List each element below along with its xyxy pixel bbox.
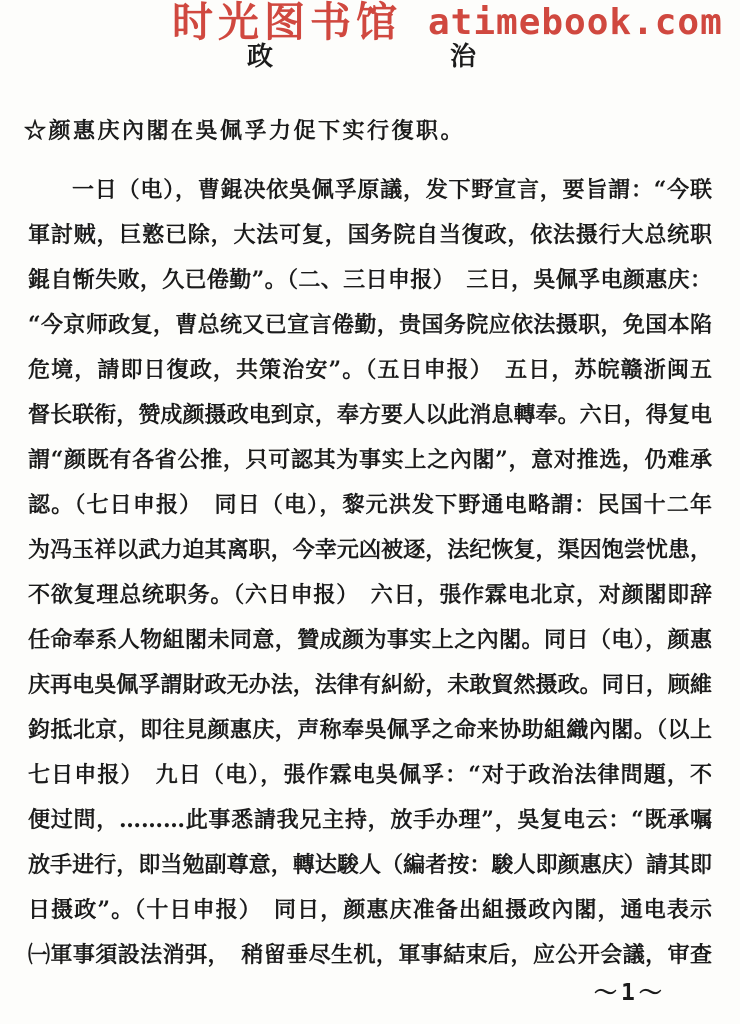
text-line: 七日申报） 九日（电），張作霖电吳佩孚：“对于政治法律問題，不: [28, 753, 712, 798]
text-line: ㈠軍事須設法消弭， 稍留垂尽生机，軍事結束后，应公开会議，审查: [28, 933, 712, 978]
chapter-title: 政治: [247, 42, 653, 73]
text-line: 錕自惭失败，久已倦勤”。（二、三日申报） 三日，吳佩孚电颜惠庆：: [28, 258, 712, 303]
site-watermark: 时光图书馆 atimebook.com: [172, 2, 723, 43]
text-line: 鈞抵北京，即往見颜惠庆，声称奉吳佩孚之命来协助組織內閣。（以上: [28, 708, 712, 753]
watermark-library-name: 时光图书馆: [172, 2, 402, 43]
entry-heading: ☆颜惠庆內閣在吳佩孚力促下实行復职。: [24, 114, 465, 145]
text-line: “今京师政复，曹总统又已宣言倦勤，贵国务院应依法摄职，免国本陷: [28, 303, 712, 348]
text-line: 認。（七日申报） 同日（电），黎元洪发下野通电略謂：民国十二年: [28, 483, 712, 528]
text-line: 放手进行，即当勉副尊意，轉达駿人（編者按：駿人即颜惠庆）請其即: [28, 843, 712, 888]
scanned-document-page: 时光图书馆 atimebook.com 政治 ☆颜惠庆內閣在吳佩孚力促下实行復职…: [0, 0, 740, 1024]
text-line: 不欲复理总统职务。（六日申报） 六日，張作霖电北京，对颜閣即辞: [28, 573, 712, 618]
watermark-website-url: atimebook.com: [428, 5, 723, 41]
text-line: 軍討贼，巨憝已除，大法可复，国务院自当復政，依法摄行大总统职务，: [28, 213, 712, 258]
text-line: 便过問，………此事悉請我兄主持，放手办理”，吳复电云：“既承嘱: [28, 798, 712, 843]
page-number: ～1～: [594, 974, 666, 1007]
text-line: 庆再电吳佩孚謂財政无办法，法律有糾紛，未敢貿然摄政。同日，顾維: [28, 663, 712, 708]
text-line: 謂“颜既有各省公推，只可認其为事实上之內閣”，意对推选，仍难承: [28, 438, 712, 483]
text-line: 日摄政”。（十日申报） 同日，颜惠庆准备出組摄政內閣，通电表示: [28, 888, 712, 933]
text-line: 一日（电），曹錕决依吳佩孚原議，发下野宣言，要旨謂：“今联: [28, 168, 712, 213]
text-line: 督长联衔，赞成颜摄政电到京，奉方要人以此消息轉奉。六日，得复电: [28, 393, 712, 438]
text-line: 危境，請即日復政，共策治安”。（五日申报） 五日，苏皖赣浙闽五: [28, 348, 712, 393]
article-body: 一日（电），曹錕决依吳佩孚原議，发下野宣言，要旨謂：“今联 軍討贼，巨憝已除，大…: [28, 168, 712, 978]
text-line: 为冯玉祥以武力迫其离职，今幸元凶被逐，法纪恢复，渠因饱尝忧患，: [28, 528, 712, 573]
text-line: 任命奉系人物組閣未同意，贊成颜为事实上之內閣。同日（电），颜惠: [28, 618, 712, 663]
